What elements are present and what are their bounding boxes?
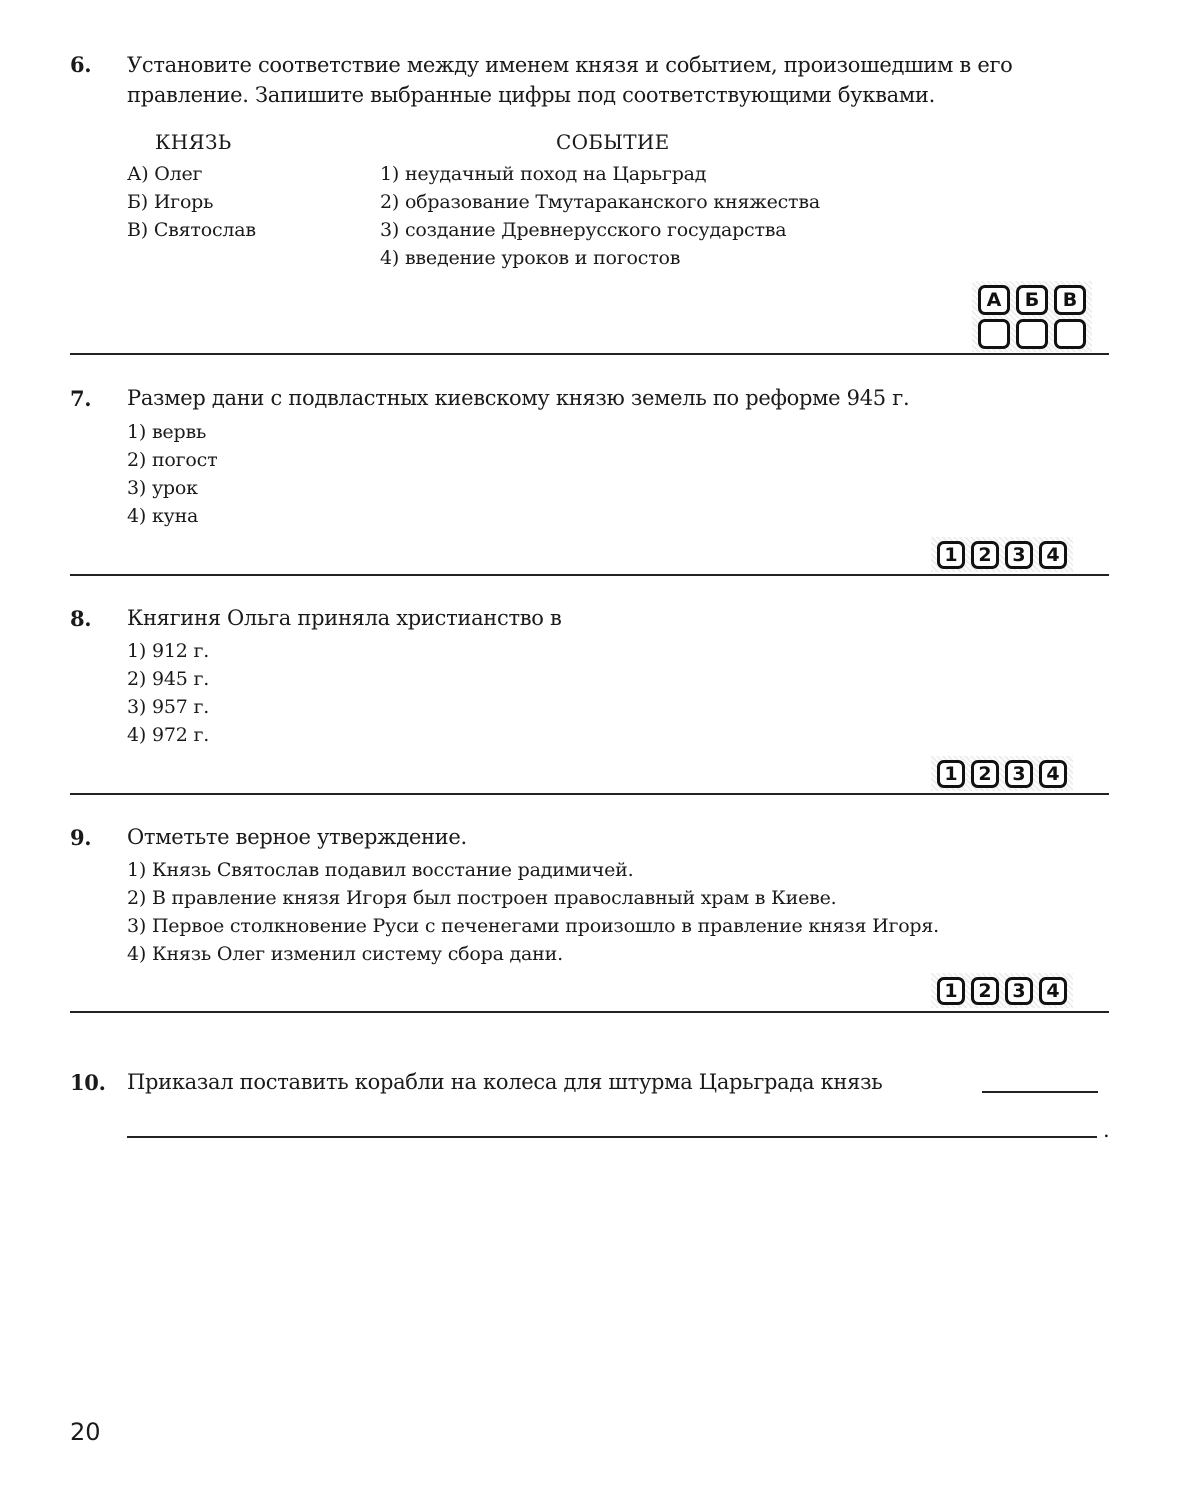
page-number: 20 (70, 1418, 101, 1446)
q8-answer-boxes: 1 2 3 4 (931, 756, 1073, 791)
q7-option: 2) погост (127, 446, 217, 474)
q6-number: 6. (70, 52, 91, 77)
q6-princes-list: А) Олег Б) Игорь В) Святослав (127, 160, 256, 244)
q7-number: 7. (70, 386, 91, 411)
q9-option: 4) Князь Олег изменил систему сбора дани… (127, 940, 939, 968)
q8-answer-1[interactable]: 1 (937, 760, 965, 788)
q7-option: 4) куна (127, 502, 217, 530)
q6-event: 1) неудачный поход на Царьград (380, 160, 820, 188)
q8-answer-2[interactable]: 2 (971, 760, 999, 788)
q7-answer-2[interactable]: 2 (971, 541, 999, 569)
q6-prince: Б) Игорь (127, 188, 256, 216)
q7-answer-1[interactable]: 1 (937, 541, 965, 569)
q10-answer-blank-1[interactable] (982, 1091, 1098, 1093)
q8-options: 1) 912 г. 2) 945 г. 3) 957 г. 4) 972 г. (127, 637, 209, 749)
q7-option: 1) вервь (127, 418, 217, 446)
q9-number: 9. (70, 825, 91, 850)
divider (70, 793, 1109, 795)
q10-text: Приказал поставить корабли на колеса для… (127, 1067, 882, 1097)
divider (70, 574, 1109, 576)
q6-events-list: 1) неудачный поход на Царьград 2) образо… (380, 160, 820, 272)
q6-letter-a: А (978, 285, 1010, 315)
q9-option: 3) Первое столкновение Руси с печенегами… (127, 912, 939, 940)
q8-option: 2) 945 г. (127, 665, 209, 693)
q6-text-line2: правление. Запишите выбранные цифры под … (127, 80, 1013, 110)
q6-letter-v: В (1054, 285, 1086, 315)
q6-letter-b: Б (1016, 285, 1048, 315)
q9-text: Отметьте верное утверждение. (127, 822, 467, 852)
q6-text-line1: Установите соответствие между именем кня… (127, 50, 1013, 80)
q8-number: 8. (70, 606, 91, 631)
q9-answer-1[interactable]: 1 (937, 977, 965, 1005)
q7-options: 1) вервь 2) погост 3) урок 4) куна (127, 418, 217, 530)
q7-answer-boxes: 1 2 3 4 (931, 537, 1073, 572)
q9-option: 2) В правление князя Игоря был построен … (127, 884, 939, 912)
q9-options: 1) Князь Святослав подавил восстание рад… (127, 856, 939, 968)
q8-answer-3[interactable]: 3 (1005, 760, 1033, 788)
q9-option: 1) Князь Святослав подавил восстание рад… (127, 856, 939, 884)
q8-answer-4[interactable]: 4 (1039, 760, 1067, 788)
q9-answer-boxes: 1 2 3 4 (931, 973, 1073, 1008)
q6-text: Установите соответствие между именем кня… (127, 50, 1013, 110)
q6-col-event-header: СОБЫТИЕ (556, 130, 670, 154)
q10-end-period: . (1103, 1118, 1110, 1142)
q8-option: 1) 912 г. (127, 637, 209, 665)
q6-answer-b-input[interactable] (1016, 319, 1048, 349)
q6-event: 4) введение уроков и погостов (380, 244, 820, 272)
q7-answer-3[interactable]: 3 (1005, 541, 1033, 569)
q6-prince: А) Олег (127, 160, 256, 188)
q10-answer-blank-2[interactable] (127, 1136, 1097, 1138)
q8-option: 4) 972 г. (127, 721, 209, 749)
divider (70, 353, 1109, 355)
q7-text: Размер дани с подвластных киевскому княз… (127, 383, 909, 413)
divider (70, 1011, 1109, 1013)
q7-answer-4[interactable]: 4 (1039, 541, 1067, 569)
q6-answer-v-input[interactable] (1054, 319, 1086, 349)
q9-answer-2[interactable]: 2 (971, 977, 999, 1005)
q8-text: Княгиня Ольга приняла христианство в (127, 603, 562, 633)
q6-event: 2) образование Тмутараканского княжества (380, 188, 820, 216)
q6-answer-grid: А Б В (972, 281, 1092, 352)
q8-option: 3) 957 г. (127, 693, 209, 721)
q7-option: 3) урок (127, 474, 217, 502)
q6-prince: В) Святослав (127, 216, 256, 244)
q6-answer-a-input[interactable] (978, 319, 1010, 349)
q9-answer-3[interactable]: 3 (1005, 977, 1033, 1005)
q9-answer-4[interactable]: 4 (1039, 977, 1067, 1005)
q10-number: 10. (70, 1070, 106, 1095)
q6-col-prince-header: КНЯЗЬ (155, 130, 232, 154)
q6-event: 3) создание Древнерусского государства (380, 216, 820, 244)
